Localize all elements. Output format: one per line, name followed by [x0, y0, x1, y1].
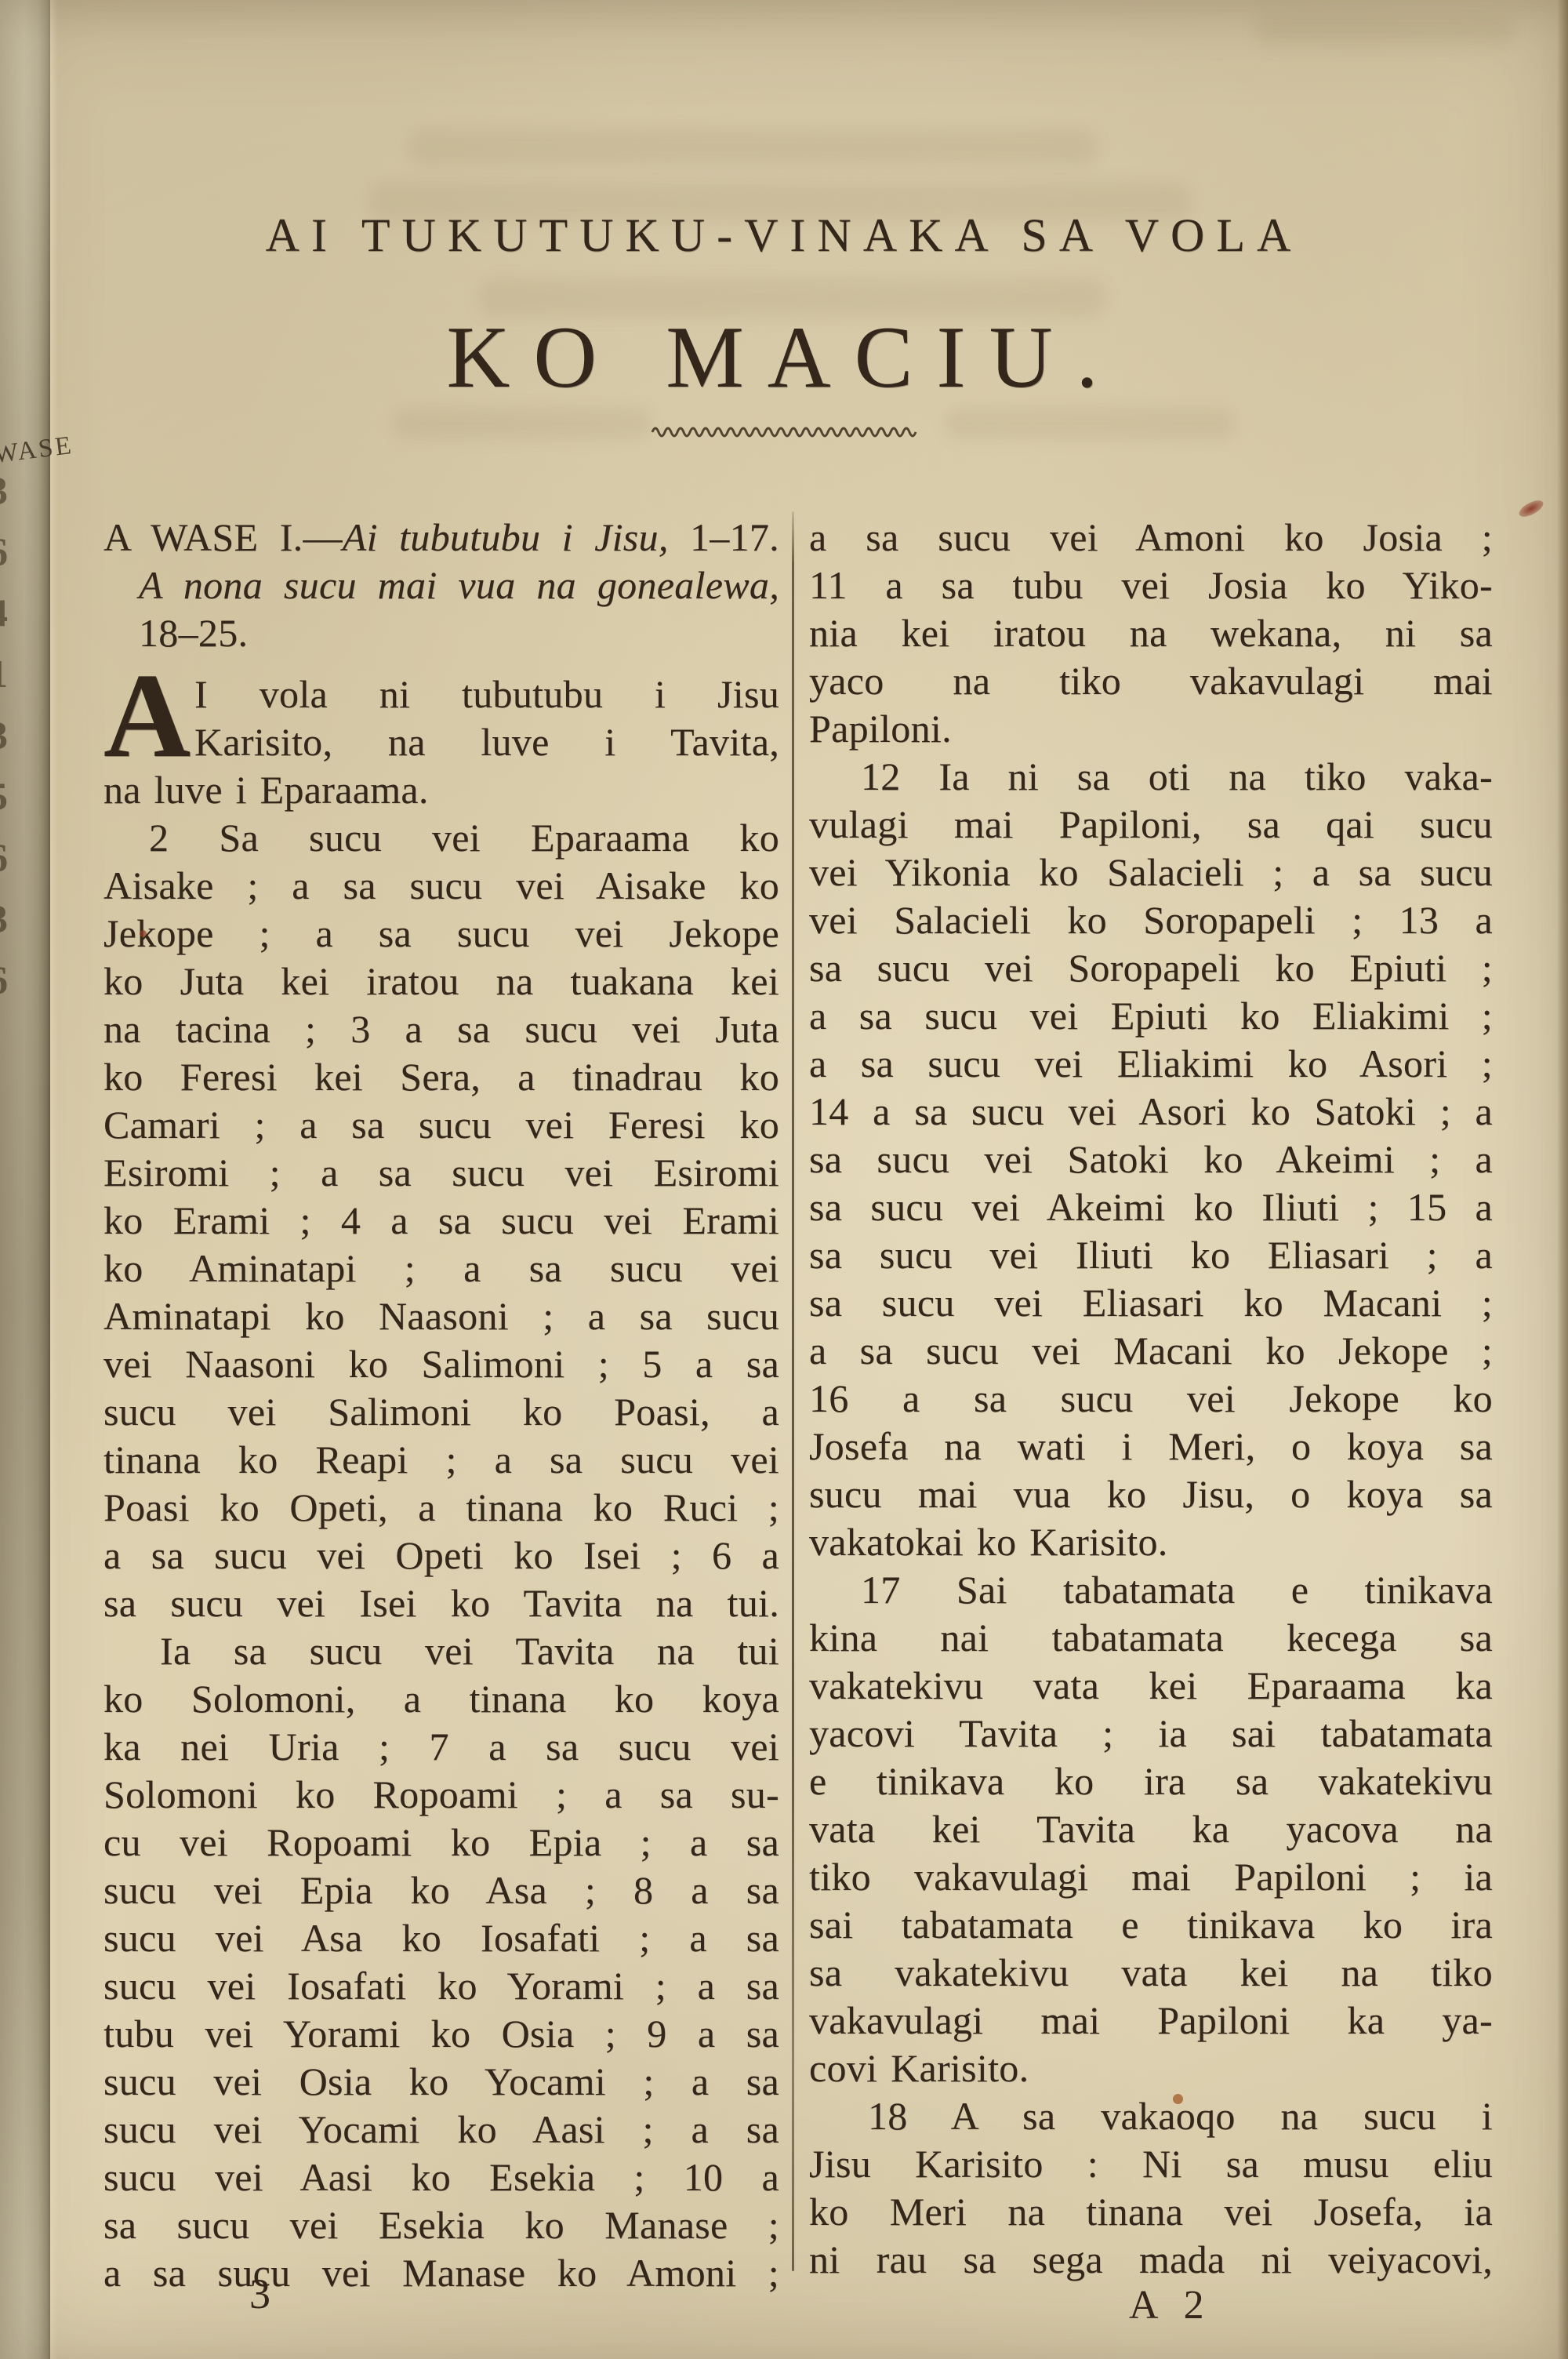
- verse-line: 12 Ia ni sa oti na tiko vaka-: [809, 753, 1493, 801]
- heading-line: A WASE I.—Ai tubutubu i Jisu, 1–17.: [103, 514, 779, 562]
- paragraph: AI vola ni tubutubu i JisuKarisito, na l…: [103, 671, 779, 814]
- paragraph: Ia sa sucu vei Tavita na tuiko Solomoni,…: [103, 1627, 779, 2297]
- heading-roman-text: A WASE I.—: [103, 515, 343, 559]
- verse-line: sucu vei Aasi ko Esekia ; 10 a: [103, 2154, 779, 2201]
- paragraph: 17 Sai tabatamata e tinikavakina nai tab…: [809, 1566, 1493, 2092]
- drop-cap-letter: A: [103, 675, 185, 765]
- page-number: 3: [249, 2270, 270, 2318]
- showthrough-smudge: [392, 408, 651, 439]
- verse-line: kina nai tabatamata kecega sa: [809, 1614, 1493, 1662]
- column-divider-rule: [792, 511, 794, 2271]
- verse-line: sucu mai vua ko Jisu, o koya sa: [809, 1470, 1493, 1518]
- verse-line: ko Juta kei iratou na tuakana kei: [103, 958, 779, 1005]
- verse-line: Aminatapi ko Naasoni ; a sa sucu: [103, 1292, 779, 1340]
- verse-line: sai tabatamata e tinikava ko ira: [809, 1901, 1493, 1949]
- verse-line: ko Meri na tinana vei Josefa, ia: [809, 2188, 1493, 2236]
- verse-line: ka nei Uria ; 7 a sa sucu vei: [103, 1723, 779, 1771]
- verse-line: tubu vei Yorami ko Osia ; 9 a sa: [103, 2010, 779, 2058]
- verse-line: sa sucu vei Eliasari ko Macani ;: [809, 1279, 1493, 1327]
- verse-line: sucu vei Asa ko Iosafati ; a sa: [103, 1914, 779, 1962]
- paragraph: 2 Sa sucu vei Eparaama koAisake ; a sa s…: [103, 814, 779, 1627]
- paragraph: 12 Ia ni sa oti na tiko vaka-vulagi mai …: [809, 753, 1493, 1566]
- verse-line: ko Solomoni, a tinana ko koya: [103, 1675, 779, 1723]
- verse-line: a sa sucu vei Opeti ko Isei ; 6 a: [103, 1532, 779, 1579]
- verse-line: I vola ni tubutubu i Jisu: [194, 671, 779, 718]
- verse-line: nia kei iratou na wekana, ni sa: [809, 609, 1493, 657]
- verse-line: Esiromi ; a sa sucu vei Esiromi: [103, 1149, 779, 1197]
- verse-line: 2 Sa sucu vei Eparaama ko: [103, 814, 779, 862]
- verse-line: a sa sucu vei Eliakimi ko Asori ;: [809, 1040, 1493, 1088]
- verse-line: covi Karisito.: [809, 2045, 1493, 2092]
- verse-line: Camari ; a sa sucu vei Feresi ko: [103, 1101, 779, 1149]
- margin-fragment-glyph: 3: [0, 712, 8, 758]
- verse-line: sucu vei Yocami ko Aasi ; a sa: [103, 2106, 779, 2154]
- verse-line: tinana ko Reapi ; a sa sucu vei: [103, 1436, 779, 1484]
- verse-line: a sa sucu vei Macani ko Jekope ;: [809, 1327, 1493, 1375]
- verse-line: sucu vei Salimoni ko Poasi, a: [103, 1388, 779, 1436]
- heading-italic-text: A nona sucu mai vua na gonealewa,: [139, 563, 779, 607]
- margin-fragment-glyph: 6: [0, 957, 8, 1002]
- verse-line: Jisu Karisito : Ni sa musu eliu: [809, 2140, 1493, 2188]
- verse-line: sucu vei Osia ko Yocami ; a sa: [103, 2058, 779, 2106]
- verse-line: a sa sucu vei Amoni ko Josia ;: [809, 514, 1493, 562]
- heading-roman-text: 18–25.: [139, 611, 248, 655]
- paragraph: 18 A sa vakaoqo na sucu iJisu Karisito :…: [809, 2092, 1493, 2284]
- verse-line: vata kei Tavita ka yacova na: [809, 1805, 1493, 1853]
- verse-line: Karisito, na luve i Tavita,: [194, 718, 779, 766]
- showthrough-smudge: [408, 129, 1098, 165]
- verse-line: sa sucu vei Satoki ko Akeimi ; a: [809, 1136, 1493, 1183]
- verse-line: sa sucu vei Soropapeli ko Epiuti ;: [809, 944, 1493, 992]
- verse-line: sa sucu vei Isei ko Tavita na tui.: [103, 1579, 779, 1627]
- verse-line: a sa sucu vei Epiuti ko Eliakimi ;: [809, 992, 1493, 1040]
- heading-roman-text: 1–17.: [669, 515, 779, 559]
- verse-line: a sa sucu vei Manase ko Amoni ;: [103, 2249, 779, 2297]
- verse-line: sa vakatekivu vata kei na tiko: [809, 1949, 1493, 1997]
- verse-line: vakatekivu vata kei Eparaama ka: [809, 1662, 1493, 1710]
- ink-speck: [140, 930, 147, 937]
- margin-fragment-glyph: 5: [0, 773, 8, 819]
- verse-line: Papiloni.: [809, 705, 1493, 753]
- verse-line: cu vei Ropoami ko Epia ; a sa: [103, 1819, 779, 1866]
- squiggle-ornament: [651, 423, 917, 445]
- verse-line: vakatokai ko Karisito.: [809, 1518, 1493, 1566]
- verse-line: 11 a sa tubu vei Josia ko Yiko-: [809, 562, 1493, 609]
- verse-line: sucu vei Epia ko Asa ; 8 a sa: [103, 1866, 779, 1914]
- verse-line: Josefa na wati i Meri, o koya sa: [809, 1423, 1493, 1470]
- verse-line: sa sucu vei Esekia ko Manase ;: [103, 2201, 779, 2249]
- margin-fragment-glyph: 6: [0, 529, 8, 574]
- verse-line: na luve i Eparaama.: [103, 766, 779, 814]
- verse-line: ko Erami ; 4 a sa sucu vei Erami: [103, 1197, 779, 1245]
- heading-line: A nona sucu mai vua na gonealewa,: [103, 562, 779, 609]
- margin-fragment-glyph: 6: [0, 834, 8, 880]
- verse-line: yaco na tiko vakavulagi mai: [809, 657, 1493, 705]
- verse-line: ni rau sa sega mada ni veiyacovi,: [809, 2236, 1493, 2284]
- chapter-summary-heading: A WASE I.—Ai tubutubu i Jisu, 1–17.A non…: [103, 514, 779, 657]
- verse-line: vakavulagi mai Papiloni ka ya-: [809, 1997, 1493, 2045]
- verse-line: Jekope ; a sa sucu vei Jekope: [103, 910, 779, 958]
- margin-fragment-glyph: 3: [0, 896, 8, 941]
- verse-line: 14 a sa sucu vei Asori ko Satoki ; a: [809, 1088, 1493, 1136]
- left-text-column: A WASE I.—Ai tubutubu i Jisu, 1–17.A non…: [103, 514, 779, 2297]
- heading-italic-text: Ai tubutubu i Jisu,: [343, 515, 669, 559]
- paragraph: a sa sucu vei Amoni ko Josia ;11 a sa tu…: [809, 514, 1493, 753]
- verse-line: vei Naasoni ko Salimoni ; 5 a sa: [103, 1340, 779, 1388]
- verse-line: yacovi Tavita ; ia sai tabatamata: [809, 1710, 1493, 1757]
- verse-line: sa sucu vei Akeimi ko Iliuti ; 15 a: [809, 1183, 1493, 1231]
- verse-line: vulagi mai Papiloni, sa qai sucu: [809, 801, 1493, 849]
- verse-line: 16 a sa sucu vei Jekope ko: [809, 1375, 1493, 1423]
- book-title: KO MACIU.: [0, 307, 1568, 409]
- margin-fragment-glyph: 3: [0, 467, 8, 513]
- verse-line: na tacina ; 3 a sa sucu vei Juta: [103, 1005, 779, 1053]
- verse-line: vei Yikonia ko Salacieli ; a sa sucu: [809, 849, 1493, 896]
- verse-line: 18 A sa vakaoqo na sucu i: [809, 2092, 1493, 2140]
- verse-line: ko Aminatapi ; a sa sucu vei: [103, 1245, 779, 1292]
- red-ink-mark: [1516, 497, 1545, 520]
- signature-mark: A 2: [1129, 2282, 1204, 2328]
- verse-line: e tinikava ko ira sa vakatekivu: [809, 1757, 1493, 1805]
- margin-fragment-glyph: 4: [0, 590, 8, 635]
- scanned-book-page: AI TUKUTUKU-VINAKA SA VOLA KO MACIU. A W…: [0, 0, 1568, 2359]
- ink-speck: [1173, 2094, 1183, 2104]
- right-text-column: a sa sucu vei Amoni ko Josia ;11 a sa tu…: [809, 514, 1493, 2284]
- heading-line: 18–25.: [103, 609, 779, 657]
- verse-line: sucu vei Iosafati ko Yorami ; a sa: [103, 1962, 779, 2010]
- verse-line: Poasi ko Opeti, a tinana ko Ruci ;: [103, 1484, 779, 1532]
- verse-line: Ia sa sucu vei Tavita na tui: [103, 1627, 779, 1675]
- series-title: AI TUKUTUKU-VINAKA SA VOLA: [0, 209, 1568, 263]
- verse-line: sa sucu vei Iliuti ko Eliasari ; a: [809, 1231, 1493, 1279]
- verse-line: ko Feresi kei Sera, a tinadrau ko: [103, 1053, 779, 1101]
- verse-line: Solomoni ko Ropoami ; a sa su-: [103, 1771, 779, 1819]
- verse-line: vei Salacieli ko Soropapeli ; 13 a: [809, 896, 1493, 944]
- verse-line: 17 Sai tabatamata e tinikava: [809, 1566, 1493, 1614]
- verse-line: tiko vakavulagi mai Papiloni ; ia: [809, 1853, 1493, 1901]
- margin-fragment-glyph: 1: [0, 651, 8, 696]
- showthrough-smudge: [1254, 14, 1513, 47]
- showthrough-smudge: [945, 408, 1235, 439]
- verse-line: Aisake ; a sa sucu vei Aisake ko: [103, 862, 779, 910]
